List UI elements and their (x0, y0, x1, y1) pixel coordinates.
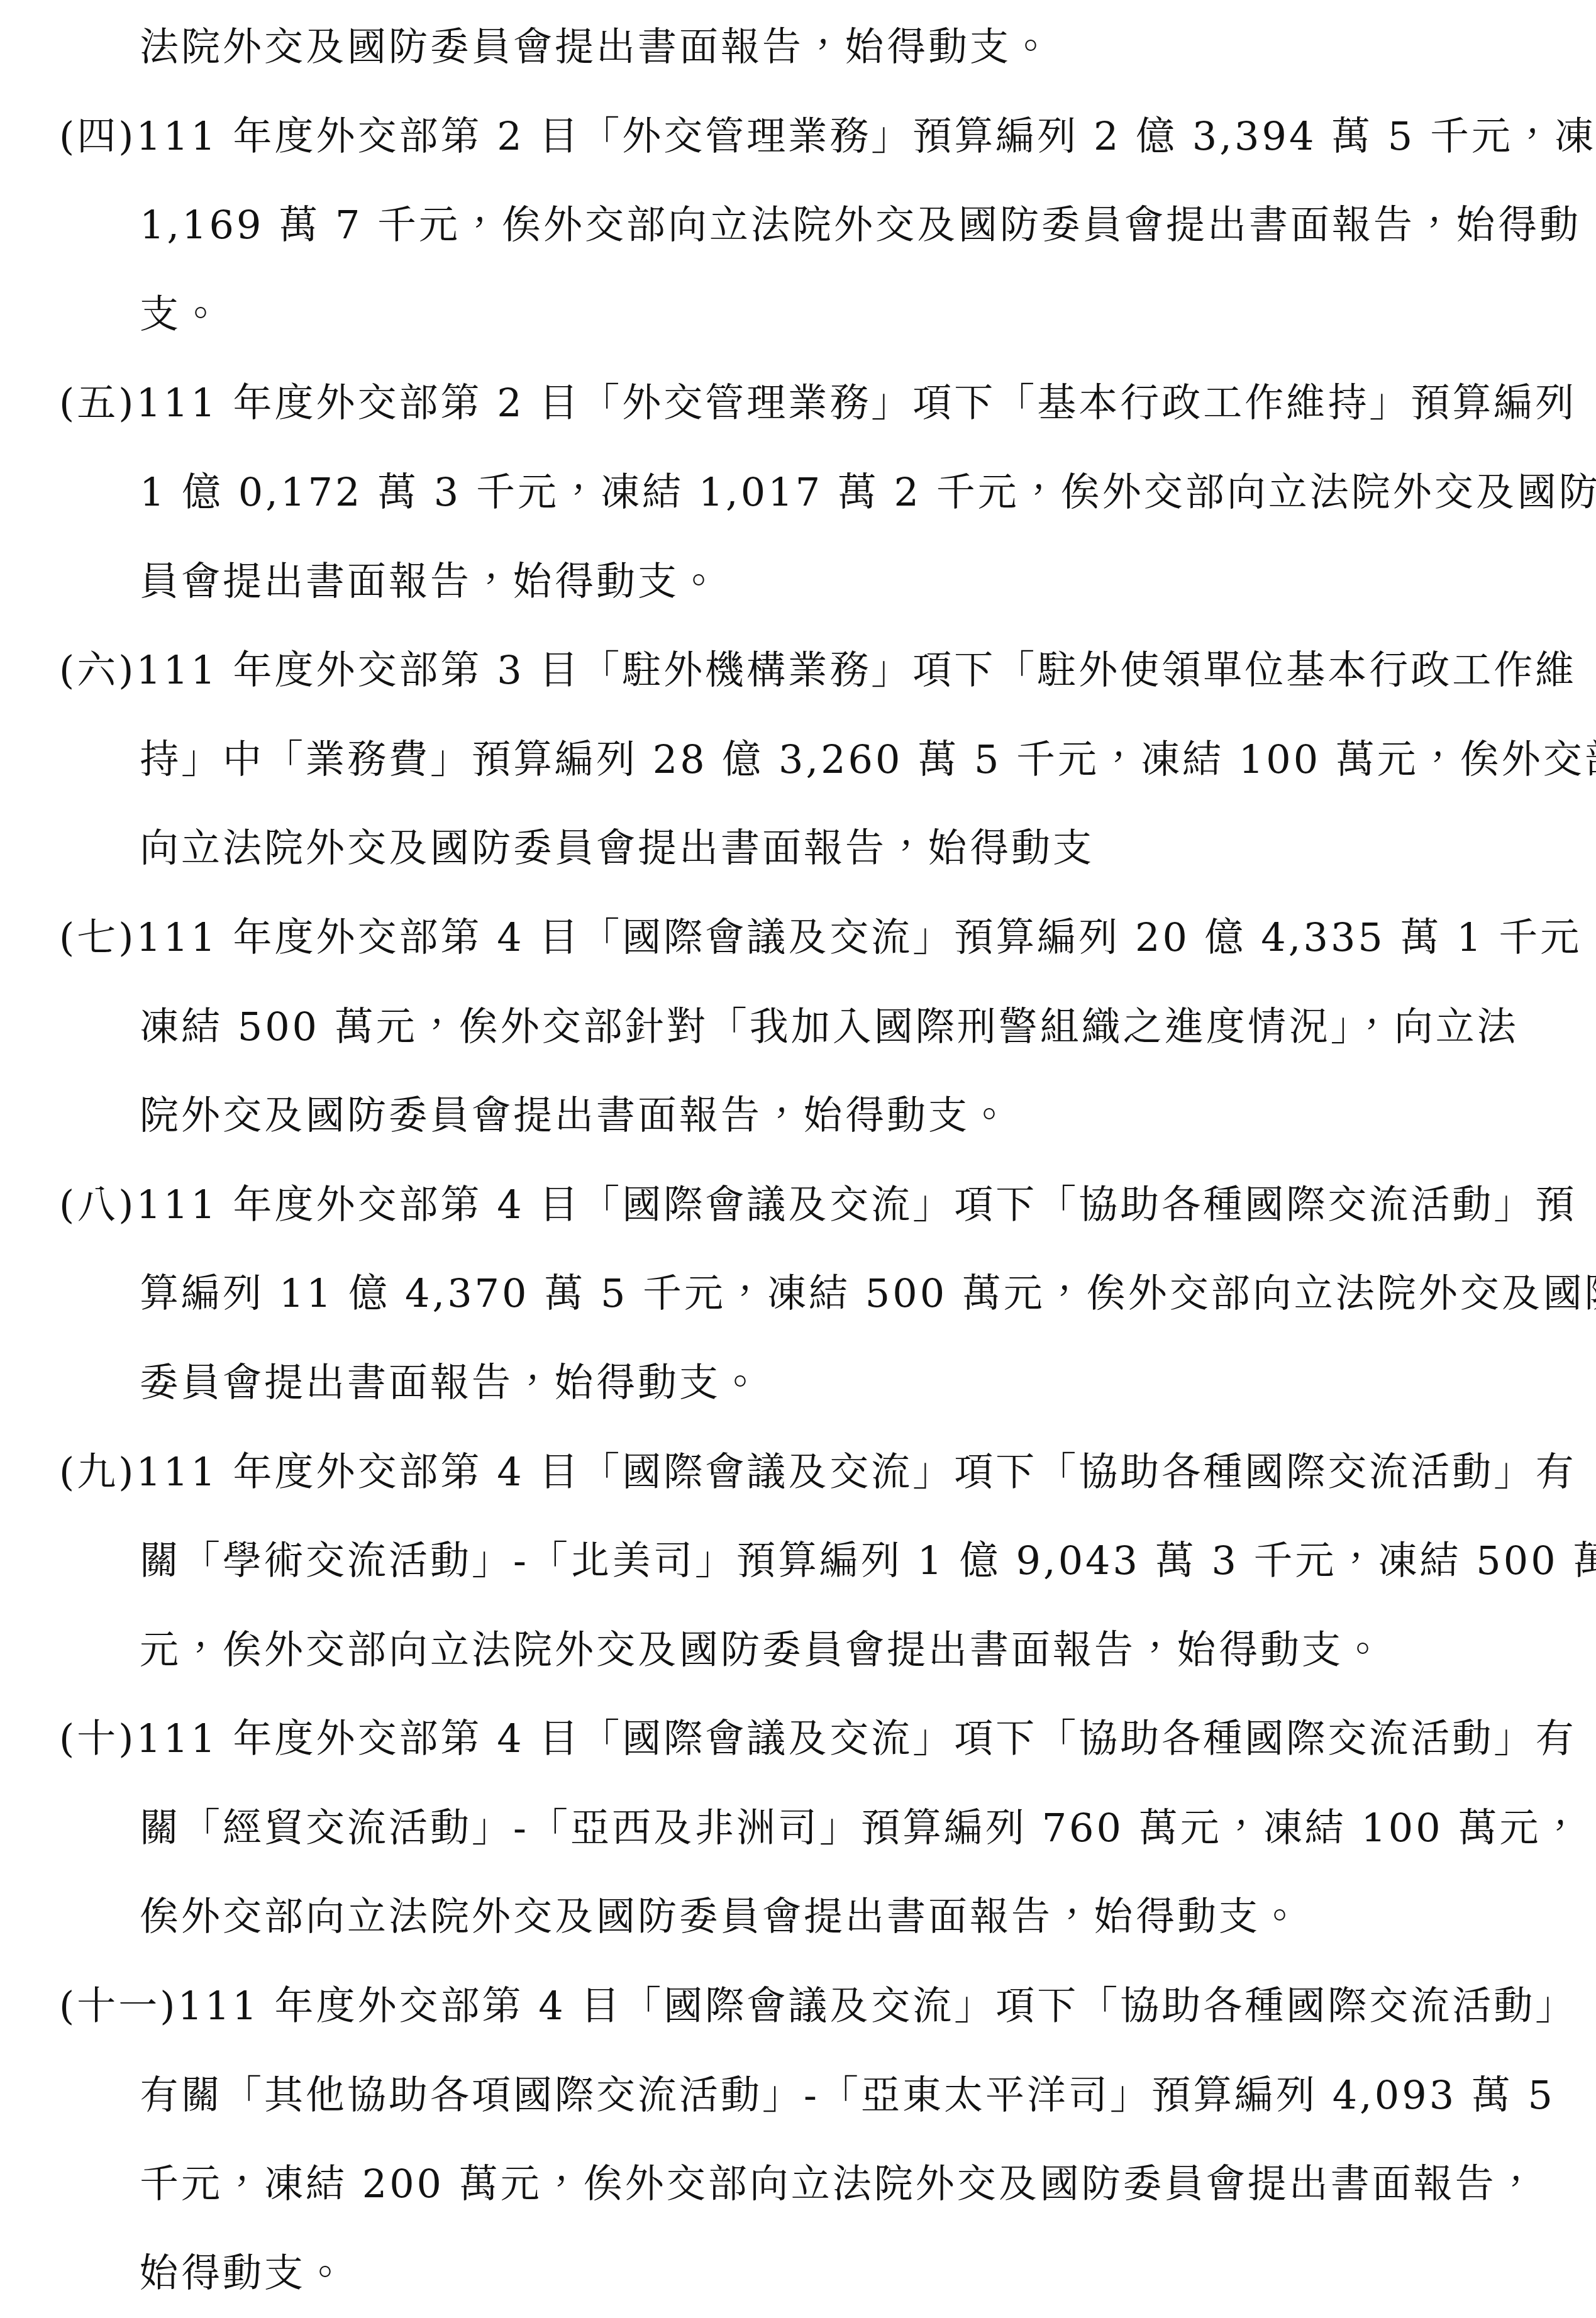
text-line: (五)111 年度外交部第 2 目「外交管理業務」項下「基本行政工作維持」預算編… (59, 358, 1596, 448)
text-line: 1 億 0,172 萬 3 千元，凍結 1,017 萬 2 千元，俟外交部向立法… (140, 448, 1596, 537)
text-line: 凍結 500 萬元，俟外交部針對「我加入國際刑警組織之進度情況」，向立法 (140, 982, 1596, 1072)
text-line: (七)111 年度外交部第 4 目「國際會議及交流」預算編列 20 億 4,33… (59, 893, 1596, 982)
text-line: 法院外交及國防委員會提出書面報告，始得動支。 (140, 3, 1596, 92)
text-line: 算編列 11 億 4,370 萬 5 千元，凍結 500 萬元，俟外交部向立法院… (140, 1249, 1596, 1338)
text-line: (四)111 年度外交部第 2 目「外交管理業務」預算編列 2 億 3,394 … (59, 92, 1596, 181)
text-line: 關「經貿交流活動」-「亞西及非洲司」預算編列 760 萬元，凍結 100 萬元， (140, 1783, 1596, 1873)
text-line: 元，俟外交部向立法院外交及國防委員會提出書面報告，始得動支。 (140, 1605, 1596, 1695)
text-line: 關「學術交流活動」-「北美司」預算編列 1 億 9,043 萬 3 千元，凍結 … (140, 1516, 1596, 1605)
text-line: 委員會提出書面報告，始得動支。 (140, 1338, 1596, 1428)
text-line: (六)111 年度外交部第 3 目「駐外機構業務」項下「駐外使領單位基本行政工作… (59, 626, 1596, 715)
text-line: (九)111 年度外交部第 4 目「國際會議及交流」項下「協助各種國際交流活動」… (59, 1428, 1596, 1517)
text-line: 持」中「業務費」預算編列 28 億 3,260 萬 5 千元，凍結 100 萬元… (140, 715, 1596, 804)
text-line: 員會提出書面報告，始得動支。 (140, 537, 1596, 626)
text-line: (八)111 年度外交部第 4 目「國際會議及交流」項下「協助各種國際交流活動」… (59, 1160, 1596, 1250)
text-line: 千元，凍結 200 萬元，俟外交部向立法院外交及國防委員會提出書面報告， (140, 2139, 1596, 2229)
text-line: 1,169 萬 7 千元，俟外交部向立法院外交及國防委員會提出書面報告，始得動 (140, 180, 1596, 270)
text-line: 始得動支。 (140, 2229, 1596, 2318)
text-line: (十)111 年度外交部第 4 目「國際會議及交流」項下「協助各種國際交流活動」… (59, 1694, 1596, 1783)
text-line: 院外交及國防委員會提出書面報告，始得動支。 (140, 1071, 1596, 1160)
text-line: 有關「其他協助各項國際交流活動」-「亞東太平洋司」預算編列 4,093 萬 5 (140, 2051, 1596, 2140)
text-line: (十一)111 年度外交部第 4 目「國際會議及交流」項下「協助各種國際交流活動… (59, 1961, 1596, 2051)
text-line: 向立法院外交及國防委員會提出書面報告，始得動支 (140, 804, 1596, 893)
document-page: 法院外交及國防委員會提出書面報告，始得動支。(四)111 年度外交部第 2 目「… (0, 0, 1596, 2318)
text-line: 支。 (140, 270, 1596, 359)
text-line: 俟外交部向立法院外交及國防委員會提出書面報告，始得動支。 (140, 1872, 1596, 1961)
document-text-block: 法院外交及國防委員會提出書面報告，始得動支。(四)111 年度外交部第 2 目「… (0, 3, 1596, 2317)
